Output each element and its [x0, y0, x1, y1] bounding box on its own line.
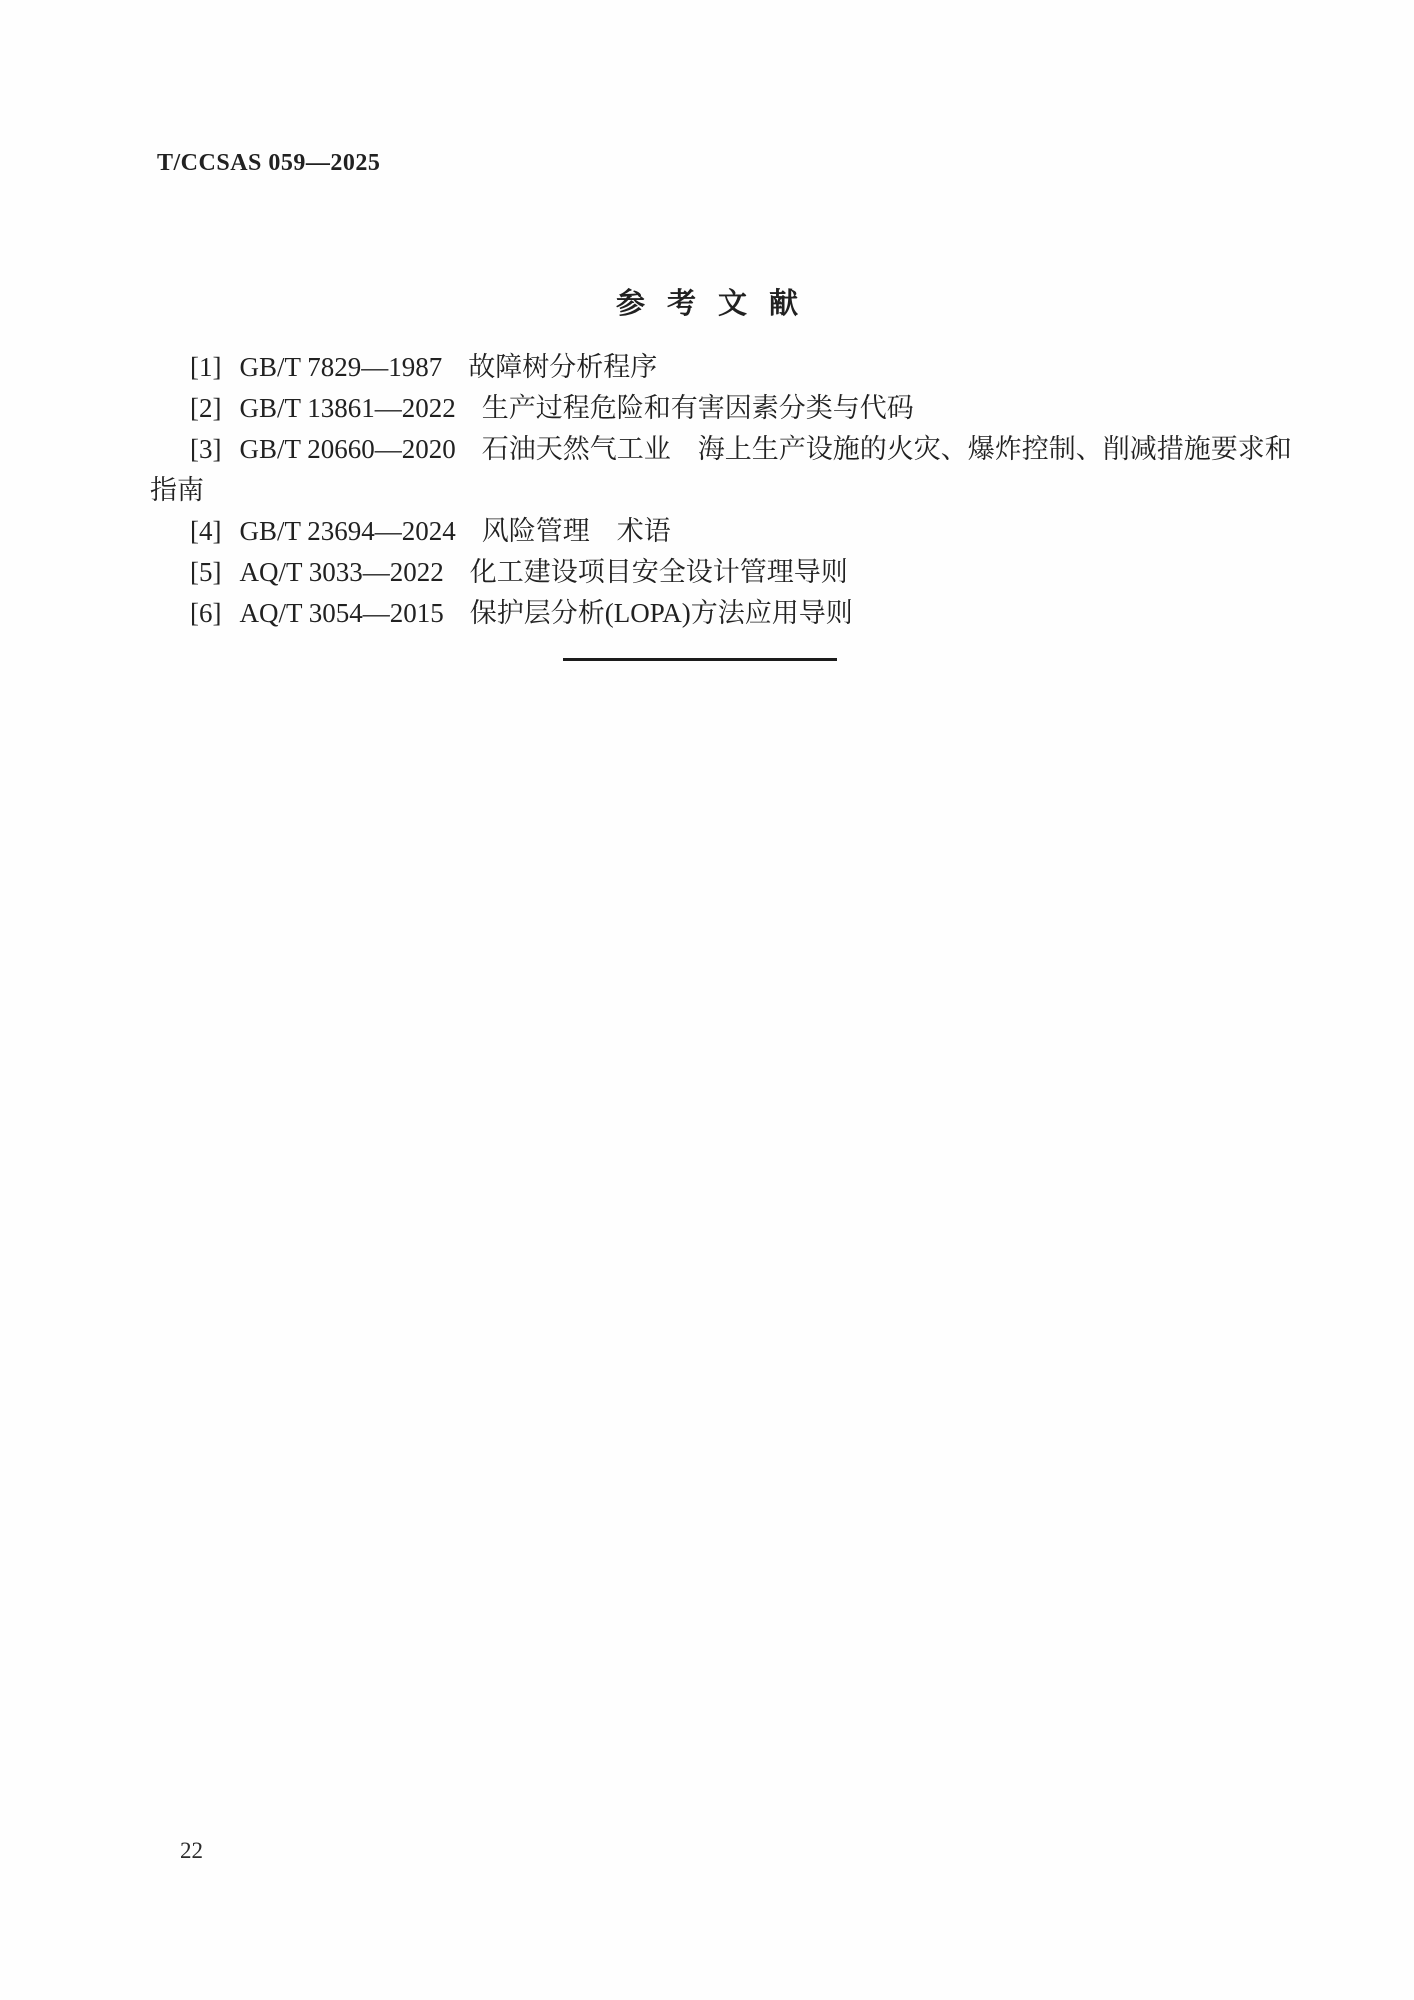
reference-item: [2]GB/T 13861—2022生产过程危险和有害因素分类与代码: [150, 388, 1310, 429]
reference-code: GB/T 13861—2022: [239, 393, 455, 423]
reference-title: 化工建设项目安全设计管理导则: [470, 557, 848, 587]
reference-title: 保护层分析(LOPA)方法应用导则: [470, 598, 853, 628]
reference-code: GB/T 7829—1987: [239, 352, 442, 382]
reference-code: AQ/T 3054—2015: [239, 598, 443, 628]
document-code: T/CCSAS 059—2025: [157, 150, 380, 177]
page-number: 22: [180, 1838, 203, 1864]
reference-title: 指南: [150, 475, 204, 505]
reference-continuation: 指南: [150, 470, 1310, 511]
reference-title: 生产过程危险和有害因素分类与代码: [482, 393, 914, 423]
reference-code: AQ/T 3033—2022: [239, 557, 443, 587]
reference-item: [4]GB/T 23694—2024风险管理 术语: [150, 511, 1310, 552]
reference-label: [6]: [190, 598, 221, 628]
reference-title: 风险管理 术语: [482, 516, 671, 546]
document-page: T/CCSAS 059—2025 参考文献 [1]GB/T 7829—1987故…: [0, 0, 1414, 2000]
end-of-document-divider: [563, 658, 837, 661]
reference-label: [5]: [190, 557, 221, 587]
reference-label: [1]: [190, 352, 221, 382]
reference-item: [5]AQ/T 3033—2022化工建设项目安全设计管理导则: [150, 552, 1310, 593]
reference-code: GB/T 20660—2020: [239, 434, 455, 464]
reference-label: [2]: [190, 393, 221, 423]
reference-item: [3]GB/T 20660—2020石油天然气工业 海上生产设施的火灾、爆炸控制…: [150, 429, 1310, 470]
reference-title: 故障树分析程序: [468, 352, 657, 382]
reference-item: [1]GB/T 7829—1987故障树分析程序: [150, 347, 1310, 388]
reference-label: [4]: [190, 516, 221, 546]
reference-code: GB/T 23694—2024: [239, 516, 455, 546]
section-title: 参考文献: [0, 281, 1414, 322]
reference-title: 石油天然气工业 海上生产设施的火灾、爆炸控制、削减措施要求和: [482, 434, 1292, 464]
reference-list: [1]GB/T 7829—1987故障树分析程序 [2]GB/T 13861—2…: [150, 347, 1310, 634]
reference-label: [3]: [190, 434, 221, 464]
reference-item: [6]AQ/T 3054—2015保护层分析(LOPA)方法应用导则: [150, 593, 1310, 634]
